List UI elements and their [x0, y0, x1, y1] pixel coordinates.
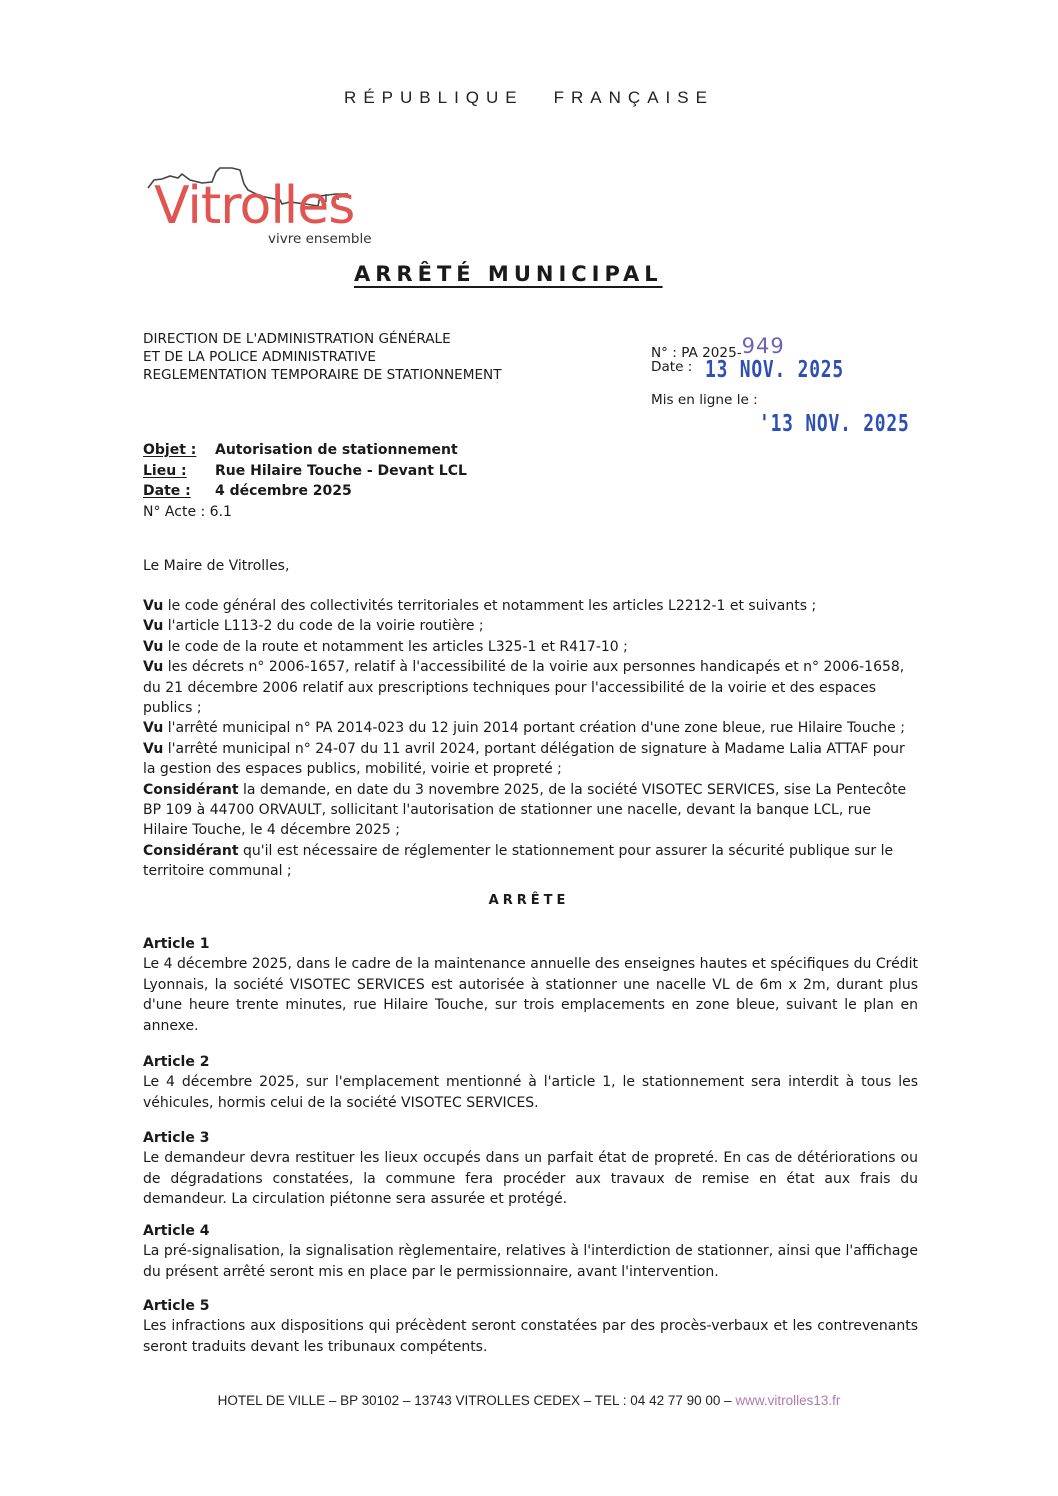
- lieu-label: Lieu :: [143, 463, 187, 479]
- preamble-item: Vu le code de la route et notamment les …: [143, 637, 918, 657]
- article-title: Article 2: [143, 1052, 918, 1072]
- date-subject-label: Date :: [143, 483, 191, 499]
- objet-label: Objet :: [143, 442, 196, 458]
- vitrolles-logo: Vitrolles vivre ensemble: [140, 150, 400, 250]
- direction-line: REGLEMENTATION TEMPORAIRE DE STATIONNEME…: [143, 366, 502, 384]
- handwritten-number: 949: [742, 334, 785, 358]
- logo-tagline: vivre ensemble: [268, 233, 372, 247]
- subject-block: Objet :Autorisation de stationnement Lie…: [143, 440, 467, 522]
- direction-line: ET DE LA POLICE ADMINISTRATIVE: [143, 348, 502, 366]
- preamble-item: Vu les décrets n° 2006-1657, relatif à l…: [143, 657, 918, 718]
- direction-block: DIRECTION DE L'ADMINISTRATION GÉNÉRALE E…: [143, 330, 502, 384]
- online-date-label: Mis en ligne le :: [651, 391, 952, 409]
- maire-intro: Le Maire de Vitrolles,: [143, 558, 289, 574]
- preamble-item: Vu l'article L113-2 du code de la voirie…: [143, 616, 918, 636]
- document-title: ARRÊTÉ MUNICIPAL: [354, 262, 663, 286]
- preamble-list: Vu le code général des collectivités ter…: [143, 596, 918, 882]
- article-text: Les infractions aux dispositions qui pré…: [143, 1316, 918, 1357]
- article-text: Le 4 décembre 2025, sur l'emplacement me…: [143, 1072, 918, 1113]
- footer-website-link[interactable]: www.vitrolles13.fr: [735, 1393, 840, 1408]
- date-stamp: 13 NOV. 2025: [705, 361, 844, 379]
- preamble-item: Vu l'arrêté municipal n° 24-07 du 11 avr…: [143, 739, 918, 780]
- article-text: Le 4 décembre 2025, dans le cadre de la …: [143, 954, 918, 1036]
- republique-word: RÉPUBLIQUE: [344, 88, 524, 107]
- article-title: Article 1: [143, 934, 918, 954]
- article-2: Article 2 Le 4 décembre 2025, sur l'empl…: [143, 1052, 918, 1113]
- preamble-item: Considérant qu'il est nécessaire de régl…: [143, 841, 918, 882]
- online-date-stamp: '13 NOV. 2025: [759, 415, 910, 433]
- reference-block: N° : PA 2025-949 Date : 13 NOV. 2025 Mis…: [651, 341, 952, 436]
- article-text: Le demandeur devra restituer les lieux o…: [143, 1148, 918, 1209]
- article-4: Article 4 La pré-signalisation, la signa…: [143, 1221, 918, 1282]
- article-title: Article 3: [143, 1128, 918, 1148]
- article-title: Article 4: [143, 1221, 918, 1241]
- logo-wordmark: Vitrolles: [154, 180, 354, 232]
- date-label: Date :: [651, 359, 692, 375]
- article-title: Article 5: [143, 1296, 918, 1316]
- article-1: Article 1 Le 4 décembre 2025, dans le ca…: [143, 934, 918, 1036]
- article-text: La pré-signalisation, la signalisation r…: [143, 1241, 918, 1282]
- preamble-item: Vu le code général des collectivités ter…: [143, 596, 918, 616]
- date-subject-value: 4 décembre 2025: [215, 483, 352, 499]
- objet-value: Autorisation de stationnement: [215, 442, 458, 458]
- republique-francaise-header: RÉPUBLIQUEFRANÇAISE: [0, 88, 1058, 108]
- article-5: Article 5 Les infractions aux dispositio…: [143, 1296, 918, 1357]
- footer: HOTEL DE VILLE – BP 30102 – 13743 VITROL…: [0, 1393, 1058, 1408]
- direction-line: DIRECTION DE L'ADMINISTRATION GÉNÉRALE: [143, 330, 502, 348]
- preamble-item: Vu l'arrêté municipal n° PA 2014-023 du …: [143, 718, 918, 738]
- footer-address: HOTEL DE VILLE – BP 30102 – 13743 VITROL…: [218, 1393, 736, 1408]
- preamble-item: Considérant la demande, en date du 3 nov…: [143, 780, 918, 841]
- lieu-value: Rue Hilaire Touche - Devant LCL: [215, 463, 467, 479]
- francaise-word: FRANÇAISE: [554, 88, 714, 107]
- arrete-heading: ARRÊTE: [0, 893, 1058, 908]
- acte-number: N° Acte : 6.1: [143, 502, 467, 523]
- article-3: Article 3 Le demandeur devra restituer l…: [143, 1128, 918, 1210]
